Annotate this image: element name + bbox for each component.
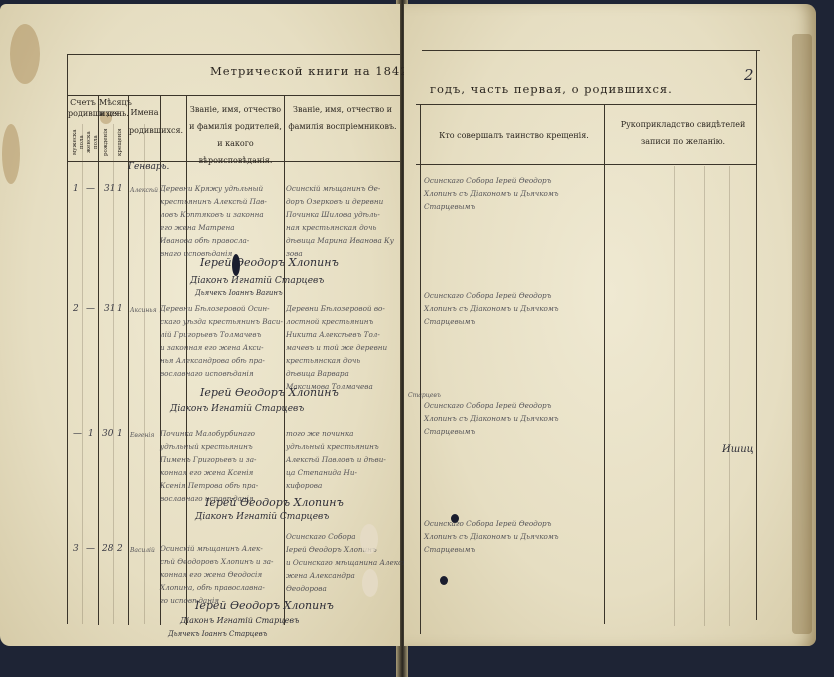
entry-count: — bbox=[73, 429, 82, 439]
ink-blot bbox=[232, 254, 240, 276]
entry-count-female: — bbox=[86, 544, 95, 554]
entry-birth-day: 30 bbox=[102, 429, 113, 439]
signature-clerk: Дьячекъ Iоаннъ Вагинъ bbox=[195, 289, 283, 297]
month-label: Генварь. bbox=[128, 162, 169, 172]
entry-parents: Деревни Кряжу удѣльный крестьянинъ Алекс… bbox=[160, 182, 267, 260]
page-number: 2 bbox=[744, 66, 754, 84]
left-page: Метрической книги на 1842 Счетъ родивших… bbox=[0, 4, 400, 646]
entry-godparents: Осинскаго Собора Iерей Ѳеодоръ Хлопинъ и… bbox=[286, 530, 413, 595]
signature-priest: Iерей Ѳеодоръ Хлопинъ bbox=[195, 599, 334, 612]
water-stain bbox=[2, 124, 20, 184]
right-page: годъ, часть первая, о родившихся. 2 Кто … bbox=[404, 4, 816, 646]
baptizer-entry: Осинскаго Собора Iерей Ѳеодоръ Хлопинъ с… bbox=[424, 517, 559, 556]
signature-priest: Iерей Ѳеодоръ Хлопинъ bbox=[205, 496, 344, 509]
header-count-female: женска пола bbox=[86, 126, 100, 158]
signature-priest: Iерей Ѳеодоръ Хлопинъ bbox=[200, 256, 339, 269]
entry-count: 1 bbox=[73, 184, 79, 194]
witness-signature: Ишиц bbox=[722, 444, 754, 455]
entry-birth-day: 31 bbox=[104, 304, 115, 314]
paper-damage bbox=[362, 569, 378, 597]
entry-count: 2 bbox=[73, 304, 79, 314]
header-parents: Званіе, имя, отчество и фамилія родителе… bbox=[187, 101, 284, 169]
entry-baptism-day: 1 bbox=[117, 184, 123, 194]
entry-count-female: — bbox=[86, 304, 95, 314]
entry-parents: Починка Малобурбинаго удѣльный крестьяни… bbox=[160, 427, 258, 505]
entry-godparents: того же починка удѣльный крестьянинъ Але… bbox=[286, 427, 386, 492]
signature-deacon: Дiаконъ Игнатiй Старцевъ bbox=[180, 616, 299, 625]
signature-priest: Iерей Ѳеодоръ Хлопинъ bbox=[200, 386, 339, 399]
entry-baptism-day: 1 bbox=[117, 304, 123, 314]
header-count-male: мужеска пола bbox=[72, 126, 86, 158]
entry-count-female: — bbox=[86, 184, 95, 194]
entry-child-name: Василій bbox=[130, 544, 155, 557]
baptizer-entry: Осинскаго Собора Iерей Ѳеодоръ Хлопинъ с… bbox=[424, 174, 559, 213]
book-title-right: годъ, часть первая, о родившихся. bbox=[430, 82, 673, 96]
entry-child-name: Аксинья bbox=[130, 304, 157, 317]
entry-birth-day: 31 bbox=[104, 184, 115, 194]
header-date-birth: рожденія bbox=[103, 126, 110, 158]
header-count: Счетъ родившихся. bbox=[68, 97, 98, 119]
punch-hole bbox=[440, 576, 448, 585]
header-witnesses: Рукоприкладство свидѣтелей записи по жел… bbox=[609, 116, 757, 150]
header-date-baptism: крещенія bbox=[117, 126, 124, 158]
header-baptizer: Кто совершалъ таинство крещенія. bbox=[424, 130, 604, 141]
edge-wear bbox=[792, 34, 812, 634]
baptizer-entry: Осинскаго Собора Iерей Ѳеодоръ Хлопинъ с… bbox=[424, 289, 559, 328]
header-godparents: Званіе, имя, отчество и фамилія воспріем… bbox=[285, 101, 400, 135]
entry-godparents: Осинскій мѣщанинъ Ѳе- доръ Озерковъ и де… bbox=[286, 182, 394, 260]
entry-child-name: Алексѣй bbox=[130, 184, 158, 197]
entry-baptism-day: 1 bbox=[117, 429, 123, 439]
entry-count: 3 bbox=[73, 544, 79, 554]
baptizer-entry: Осинскаго Собора Iерей Ѳеодоръ Хлопинъ с… bbox=[424, 399, 559, 438]
entry-child-name: Евгенія bbox=[130, 429, 154, 442]
entry-godparents: Деревни Бѣлозеровой во- лостной крестьян… bbox=[286, 302, 387, 393]
book-title-left: Метрической книги на 1842 bbox=[210, 64, 409, 78]
signature-deacon: Дiаконъ Игнатiй Старцевъ bbox=[170, 404, 304, 414]
paper-damage bbox=[360, 524, 378, 554]
entry-count-female: 1 bbox=[88, 429, 94, 439]
punch-hole bbox=[451, 514, 459, 523]
entry-parents: Осинскій мѣщанинъ Алек- сѣй Ѳеодоровъ Хл… bbox=[160, 542, 273, 607]
signature-clerk: Дьячекъ Iоаннъ Старцевъ bbox=[168, 630, 267, 638]
header-name: Имена родившихся. bbox=[129, 104, 160, 140]
header-date: Мѣсяцъ и день. bbox=[99, 97, 129, 119]
water-stain bbox=[10, 24, 40, 84]
entry-parents: Деревни Бѣлозеровой Осин- скаго уѣзда кр… bbox=[160, 302, 283, 380]
signature-deacon: Дiаконъ Игнатiй Старцевъ bbox=[190, 276, 324, 286]
entry-birth-day: 28 bbox=[102, 544, 113, 554]
entry-baptism-day: 2 bbox=[117, 544, 123, 554]
signature-deacon: Дiаконъ Игнатiй Старцевъ bbox=[195, 512, 329, 522]
